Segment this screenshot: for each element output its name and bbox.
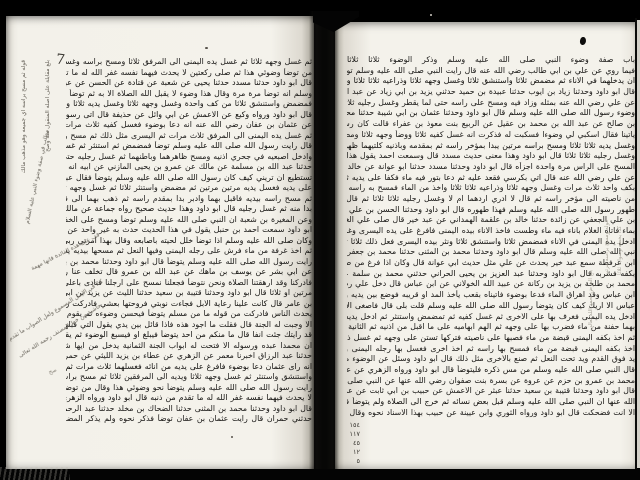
text-line: ابو داود سمعت احمد بن حنبل يقول في هذا ا… — [66, 225, 312, 236]
left-marginal-note-vertical-2: بلغ مقابلة على اصله المنقول منه وصح — [45, 60, 52, 124]
text-line: ثم مسح راسه بيديه فاقبل بهما وادبر بدا ب… — [66, 194, 312, 205]
text-line: ثم اخذ غرفة من ماء فرش على رجله اليمنى و… — [66, 246, 312, 257]
right-page: باب صفة وضوء النبي صلى الله عليه وسلم وذ… — [335, 22, 635, 470]
text-line: عن ابي بشر عن يوسف بن ماهك عن عبد الله ب… — [66, 267, 312, 278]
text-line: بن عامر قال كانت علينا رعاية الابل فجاءت… — [66, 299, 312, 310]
text-line: ثم غسل وجهه ثلاثا ثم غسل يده اليمنى الى … — [66, 57, 312, 68]
text-line: باب صفة وضوء النبي صلى الله عليه وسلم وذ… — [347, 55, 635, 66]
bottom-black-band — [0, 469, 640, 480]
text-line: قال ابو داود ورواه وكيع عن الاعمش عن ابي… — [66, 110, 312, 121]
text-line: يحدث الناس فادركت من قوله ما من مسلم يتو… — [66, 309, 312, 320]
right-marginal-note-vertical-1: بلغ العرض بحمد الله تعالى — [588, 270, 594, 346]
text-line: وكان صلى الله عليه وسلم اذا توضأ خلل لحي… — [66, 236, 312, 247]
text-line: قال ابو داود وحدثنا زياد بن ايوب حدثنا ع… — [347, 87, 635, 98]
text-line: وادخل اصبعيه في جحري اذنيه ومسح ظاهرهما … — [66, 152, 312, 163]
text-line: رايت رسول الله صلى الله عليه وسلم يتوضأ … — [66, 257, 312, 268]
manuscript-photo: ثم غسل وجهه ثلاثا ثم غسل يده اليمنى الى … — [0, 0, 640, 480]
text-line: من توضأ وضوئي هذا ثم صلى ركعتين لا يحدث … — [66, 68, 312, 79]
text-line: انه راى عثمان دعا بوضوء فافرغ على يديه م… — [66, 362, 312, 373]
text-line: نبي الله صلى الله عليه وسلم قال ابو داود… — [347, 247, 635, 258]
text-line: بن صالح عن عبد الله بن محمد بن عقيل عن ا… — [347, 119, 635, 130]
scan-speck — [430, 14, 432, 16]
text-line: لا يحدث فيهما نفسه غفر الله له ما تقدم م… — [66, 393, 312, 404]
left-marginal-note-vertical-1: قوله ثم مسح براسه اي جميعه وهو مذهب مالك — [21, 60, 28, 122]
text-line: قال ابو داود وحدثنا محمد بن المثنى حدثنا… — [66, 404, 312, 415]
text-line: قال ابو داود وحدثنا قتيبة بن سعيد حدثنا … — [347, 386, 635, 397]
right-page-text: باب صفة وضوء النبي صلى الله عليه وسلم وذ… — [347, 55, 635, 418]
text-line: وغسل يديه ثلاثا ثلاثا ومسح براسه مرتين ي… — [347, 141, 635, 152]
text-line: حدثني حمران قال رايت عثمان بن عفان توضأ … — [66, 414, 312, 425]
text-line: تستطيع ان تريني كيف كان رسول الله صلى ال… — [66, 173, 312, 184]
text-line: وغسل رجليه ثلاثا ثلاثا قال ابو داود وهذا… — [347, 151, 635, 162]
text-line: بكف واحد ثلاث مرات وغسل وجهه ثلاثا وذراع… — [347, 183, 635, 194]
text-line: عن علي رضي الله عنه بمثله وزاد فيه ومسح … — [347, 98, 635, 109]
text-line: قد رايتك جئت انفا قال ما منكم من احد يتو… — [66, 330, 312, 341]
text-line: مرتين او ثلاثا قال ابو داود وحدثنا قتيبة… — [66, 288, 312, 299]
text-line: وعن المغيرة بن شعبة ان النبي صلى الله عل… — [66, 215, 312, 226]
text-line: عن عثمان بن عفان رضي الله عنه انه دعا بو… — [66, 120, 312, 131]
text-line: الا وجبت له الجنة قال فقلت ما اجود هذه ف… — [66, 320, 312, 331]
left-page-text: ثم غسل وجهه ثلاثا ثم غسل يده اليمنى الى … — [66, 57, 312, 425]
text-line: رايت رسول الله صلى الله عليه وسلم يتوضأ … — [66, 383, 312, 394]
text-line: يد فوق القدم ويد تحت النعل ثم صنع بالاخر… — [347, 354, 635, 365]
left-page: ثم غسل وجهه ثلاثا ثم غسل يده اليمنى الى … — [6, 16, 314, 470]
text-line: بن علي الجعفي عن زائدة حدثنا خالد بن علق… — [347, 215, 635, 226]
text-line: حدثنا عبد الله بن مسلمة عن مالك عن عمرو … — [66, 162, 312, 173]
text-line: من ناصيته الى مؤخر راسه ثم قال لا ادري ا… — [347, 194, 635, 205]
right-marginal-note-vertical-3: كذا بخطه وصوابه ثلاثا — [617, 226, 623, 292]
text-line: الله عنها ان النبي صلى الله عليه وسلم قب… — [347, 397, 635, 408]
text-line: فيما روي عن علي بن ابي طالب رضي الله عنه… — [347, 66, 635, 77]
text-line: قال ابو داود حدثنا مسدد حدثنا يحيى عن شع… — [66, 78, 312, 89]
text-line: وسلم انه توضأ مرة مرة وقال هذا وضوء لا ي… — [66, 89, 312, 100]
bottom-left-smudge — [0, 467, 70, 480]
text-line: قال رايت رسول الله صلى الله عليه وسلم تو… — [66, 141, 312, 152]
scan-speck — [231, 436, 233, 438]
text-line: الا انت فضحكت قال ابو داود ورواه الثوري … — [347, 408, 635, 419]
text-line: ياتينا فقال اسكبي لي وضوءا فسكبت له فذكر… — [347, 130, 635, 141]
right-marginal-note-vertical-2: قوله ومسح براسه مرتين — [604, 220, 610, 300]
text-line: ان يدخلهما في الاناء ثم مضمض ثلاثا واستن… — [347, 76, 635, 87]
text-line: ان محمدا عبده ورسوله الا فتحت له ابواب ا… — [66, 341, 312, 352]
text-line: ثم غسل يده اليمنى الى المرفق ثلاث مرات ث… — [66, 131, 312, 142]
text-line: ابن عرفطة سمع عبد خير يحدث عن علي مثل حد… — [347, 258, 635, 269]
text-line: على يديه فغسل يديه مرتين مرتين ثم مضمض و… — [66, 183, 312, 194]
scan-speck — [205, 47, 208, 49]
text-line: واستنشق واستنثر ثم غسل وجهه ثلاثا ويديه … — [66, 372, 312, 383]
text-line: عن علي رضي الله عنه قال اتي بكرسي فقعد ع… — [347, 173, 635, 184]
text-line: فمضمض واستنشق ثلاثا من كف واحدة وغسل وجه… — [66, 99, 312, 110]
text-line: بماء فاتاه الغلام باناء فيه ماء وطست فاخ… — [347, 226, 635, 237]
text-line: طهور رسول الله صلى الله عليه وسلم فهذا ط… — [347, 205, 635, 216]
text-line: قال النبي صلى الله عليه وسلم من مس ذكره … — [347, 365, 635, 376]
text-line: بدا منه ثم غسل رجليه قال ابو داود وهذا ح… — [66, 204, 312, 215]
text-line: محمد بن عمرو بن حزم عن عروة عن بسرة بنت … — [347, 376, 635, 387]
pen-trial-marks-column: ١٥٤ ١١٧ ٤٥ ١٢ ٥ — [336, 421, 360, 466]
text-line: ادخل يده اليمنى في الاناء فمضمض ثلاثا وا… — [347, 237, 635, 248]
text-line: وضوء رسول الله صلى الله عليه وسلم قال اب… — [347, 108, 635, 119]
text-line: حدثنا عبد الرزاق اخبرنا معمر عن الزهري ع… — [66, 351, 312, 362]
book-gutter-shadow — [309, 11, 339, 471]
text-line: المسح على الراس مرة واحدة اجزأه قال ابو … — [347, 162, 635, 173]
